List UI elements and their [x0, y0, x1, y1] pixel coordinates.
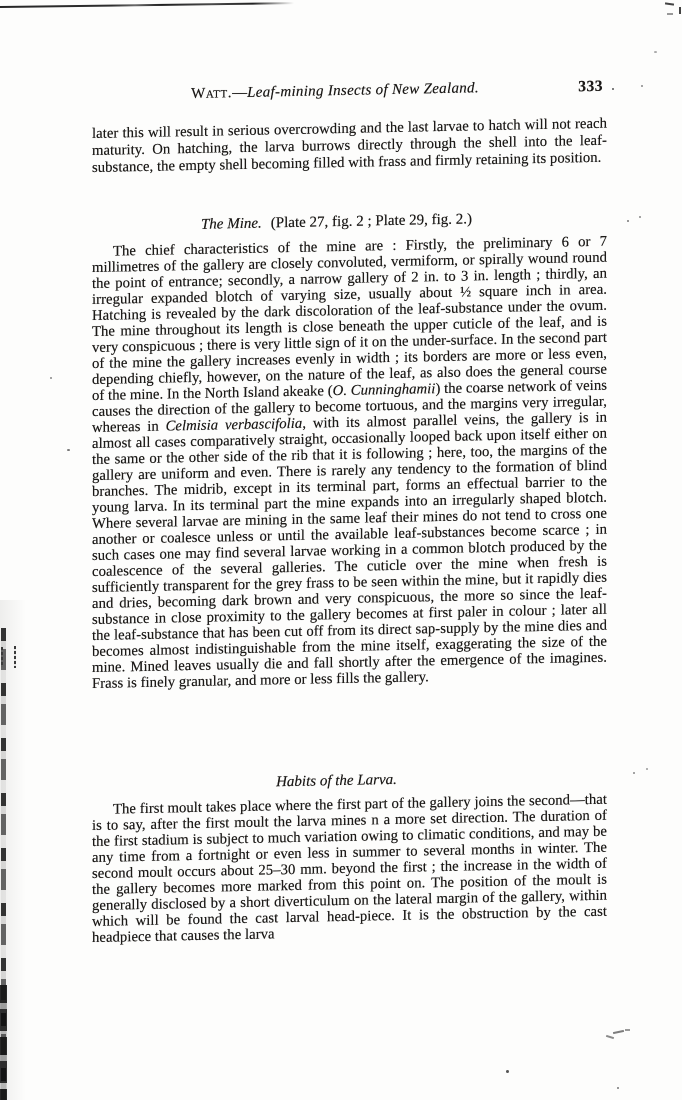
section-heading-habits: Habits of the Larva. — [92, 768, 607, 795]
scanned-page: Watt.—Leaf-mining Insects of New Zealand… — [0, 0, 682, 1100]
page-number: 333 — [578, 78, 603, 96]
paragraph-the-mine: The chief characteristics of the mine ar… — [92, 234, 607, 692]
running-header: Watt.—Leaf-mining Insects of New Zealand… — [92, 78, 607, 105]
section-heading-plates: (Plate 27, fig. 2 ; Plate 29, fig. 2.) — [271, 211, 472, 231]
paragraph-the-mine-text: , with its almost parallel veins, the ga… — [92, 410, 607, 692]
section-heading-habits-title: Habits of the Larva. — [276, 772, 397, 790]
running-header-title-text: Leaf-mining Insects of New Zealand. — [247, 80, 479, 101]
running-header-author: Watt. — [191, 85, 232, 102]
section-heading-the-mine-title: The Mine. — [201, 216, 262, 233]
page-content: Watt.—Leaf-mining Insects of New Zealand… — [0, 0, 682, 1100]
section-heading-the-mine: The Mine.(Plate 27, fig. 2 ; Plate 29, f… — [92, 209, 607, 236]
paragraph-continuation: later this will result in serious overcr… — [92, 116, 607, 177]
running-header-separator: — — [232, 85, 247, 101]
paragraph-habits: The first moult takes place where the fi… — [92, 792, 607, 946]
running-header-title: Watt.—Leaf-mining Insects of New Zealand… — [92, 78, 607, 105]
